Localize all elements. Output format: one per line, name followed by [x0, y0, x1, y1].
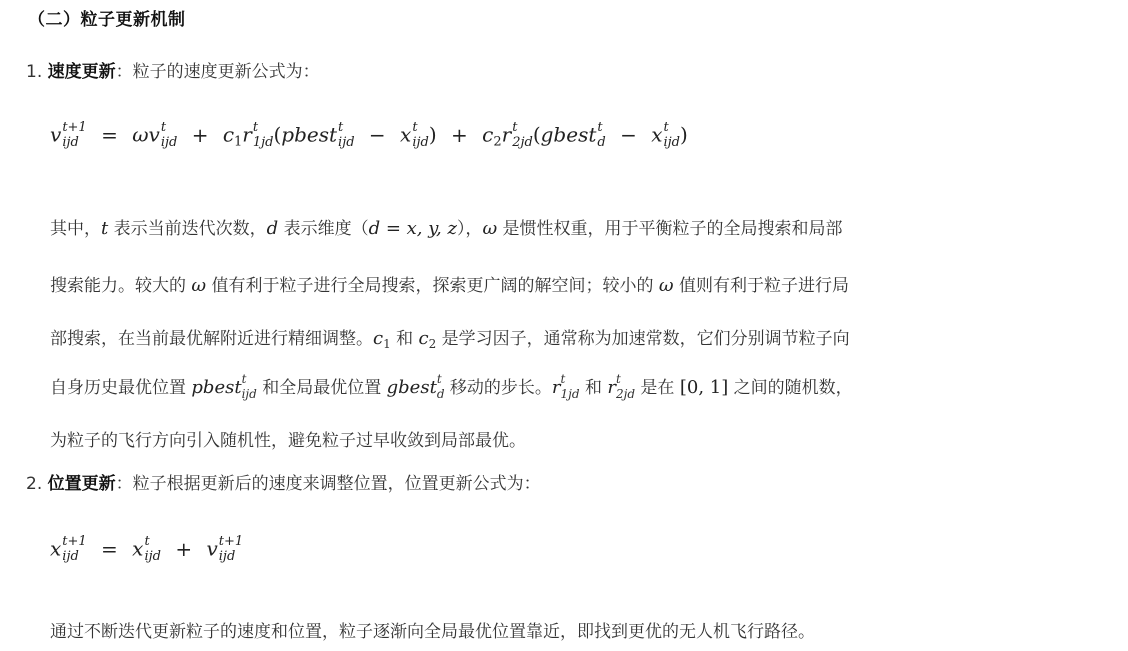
math-symbol: c [373, 328, 383, 349]
formula-sup: t+1 [62, 121, 86, 134]
list-number: 2. [26, 474, 42, 494]
text: 移动的步长。 [445, 378, 552, 398]
text: 和全局最优位置 [257, 378, 387, 398]
conclusion-text: 通过不断迭代更新粒子的速度和位置，粒子逐渐向全局最优位置靠近，即找到更优的无人机… [50, 617, 815, 642]
text: 搜索能力。较大的 [50, 276, 191, 296]
formula-sup: t [144, 535, 161, 548]
math-symbol: r [552, 377, 561, 398]
formula-sup: t [597, 121, 605, 134]
math-sup: t [242, 373, 257, 385]
text: 和 [580, 378, 608, 398]
formula-sup: t [253, 121, 274, 134]
formula-symbol: c [223, 123, 234, 147]
formula-sub: ijd [144, 550, 161, 563]
text: 之间的随机数， [728, 378, 852, 398]
formula-operator: = [101, 123, 118, 147]
formula-sub: ijd [663, 136, 680, 149]
formula-symbol: r [242, 123, 252, 147]
formula-sub: 1jd [253, 136, 274, 149]
text: 其中， [50, 219, 101, 239]
formula-symbol: ω [132, 123, 148, 147]
list-item-velocity-update: 1. 速度更新：粒子的速度更新公式为： [26, 57, 320, 82]
formula-paren: ) [429, 123, 437, 147]
formula-sub: 2 [493, 135, 501, 150]
formula-sub: d [597, 136, 605, 149]
math-sup: t [616, 373, 635, 385]
list-item-position-update: 2. 位置更新：粒子根据更新后的速度来调整位置，位置更新公式为： [26, 469, 541, 494]
formula-symbol: x [400, 123, 411, 147]
math-symbol: d [267, 218, 279, 239]
formula-sub: ijd [338, 136, 355, 149]
formula-sub: ijd [62, 550, 86, 563]
explanation-line-2: 搜索能力。较大的 ω 值有利于粒子进行全局搜索，探索更广阔的解空间；较小的 ω … [50, 271, 849, 296]
math-expression: d = x, y, z [369, 218, 457, 239]
explanation-line-3: 部搜索，在当前最优解附近进行精细调整。c1 和 c2 是学习因子，通常称为加速常… [50, 324, 850, 351]
text: 值有利于粒子进行全局搜索，探索更广阔的解空间；较小的 [206, 276, 659, 296]
explanation-line-5: 为粒子的飞行方向引入随机性，避免粒子过早收敛到局部最优。 [50, 426, 526, 451]
formula-symbol: c [482, 123, 493, 147]
math-symbol: gbest [387, 377, 437, 398]
formula-symbol: pbest [281, 123, 337, 147]
document-page: （二）粒子更新机制 1. 速度更新：粒子的速度更新公式为： vt+1ijd = … [0, 0, 1128, 651]
formula-operator: = [101, 537, 118, 561]
formula-sub: ijd [412, 136, 429, 149]
formula-operator: + [451, 123, 468, 147]
formula-symbol: x [651, 123, 662, 147]
text: 自身历史最优位置 [50, 378, 191, 398]
text: 是在 [635, 378, 680, 398]
formula-sup: t+1 [62, 535, 86, 548]
text: 部搜索，在当前最优解附近进行精细调整。 [50, 329, 373, 349]
list-item-intro: ：粒子的速度更新公式为： [116, 62, 320, 82]
formula-symbol: v [206, 537, 217, 561]
math-symbol: pbest [191, 377, 241, 398]
formula-sub: ijd [62, 136, 86, 149]
math-symbol: ω [191, 275, 206, 296]
list-number: 1. [26, 62, 42, 82]
math-sup: t [561, 373, 580, 385]
math-sub: 1 [383, 337, 391, 351]
math-sub: d [437, 388, 445, 400]
math-symbol: c [419, 328, 429, 349]
formula-sup: t [512, 121, 533, 134]
list-item-intro: ：粒子根据更新后的速度来调整位置，位置更新公式为： [116, 474, 541, 494]
formula-symbol: v [50, 123, 61, 147]
formula-sup: t [161, 121, 178, 134]
formula-symbol: gbest [541, 123, 597, 147]
math-symbol: r [607, 377, 616, 398]
text: 表示当前迭代次数， [108, 219, 266, 239]
math-symbol: ω [482, 218, 497, 239]
math-symbol: ω [659, 275, 674, 296]
formula-sub: ijd [161, 136, 178, 149]
formula-sup: t+1 [219, 535, 243, 548]
text: 表示维度（ [278, 219, 368, 239]
explanation-line-1: 其中，t 表示当前迭代次数，d 表示维度（d = x, y, z），ω 是惯性权… [50, 214, 843, 239]
position-update-formula: xt+1ijd = xtijd + vt+1ijd [50, 536, 243, 564]
formula-sup: t [338, 121, 355, 134]
text: 是学习因子，通常称为加速常数，它们分别调节粒子向 [436, 329, 849, 349]
text: 和 [391, 329, 419, 349]
formula-paren: ) [680, 123, 688, 147]
formula-sub: 2jd [512, 136, 533, 149]
formula-paren: ( [533, 123, 541, 147]
formula-sup: t [412, 121, 429, 134]
velocity-update-formula: vt+1ijd = ωvtijd + c1rt1jd(pbesttijd − x… [50, 122, 688, 150]
text: ）， [457, 219, 483, 239]
formula-operator: + [175, 537, 192, 561]
formula-symbol: v [149, 123, 160, 147]
section-heading: （二）粒子更新机制 [28, 5, 186, 30]
formula-symbol: x [50, 537, 61, 561]
math-expression: [0, 1] [680, 377, 728, 398]
formula-symbol: x [132, 537, 143, 561]
explanation-line-4: 自身历史最优位置 pbesttijd 和全局最优位置 gbesttd 移动的步长… [50, 373, 853, 402]
formula-sub: ijd [219, 550, 243, 563]
formula-operator: − [620, 123, 637, 147]
formula-operator: + [192, 123, 209, 147]
formula-symbol: r [502, 123, 512, 147]
text: 是惯性权重，用于平衡粒子的全局搜索和局部 [497, 219, 842, 239]
formula-operator: − [369, 123, 386, 147]
math-sup: t [437, 373, 445, 385]
list-item-title: 速度更新 [48, 62, 116, 82]
formula-sup: t [663, 121, 680, 134]
text: 值则有利于粒子进行局 [674, 276, 849, 296]
list-item-title: 位置更新 [48, 474, 116, 494]
math-sub: 1jd [561, 388, 580, 400]
math-sub: 2jd [616, 388, 635, 400]
math-sub: ijd [242, 388, 257, 400]
